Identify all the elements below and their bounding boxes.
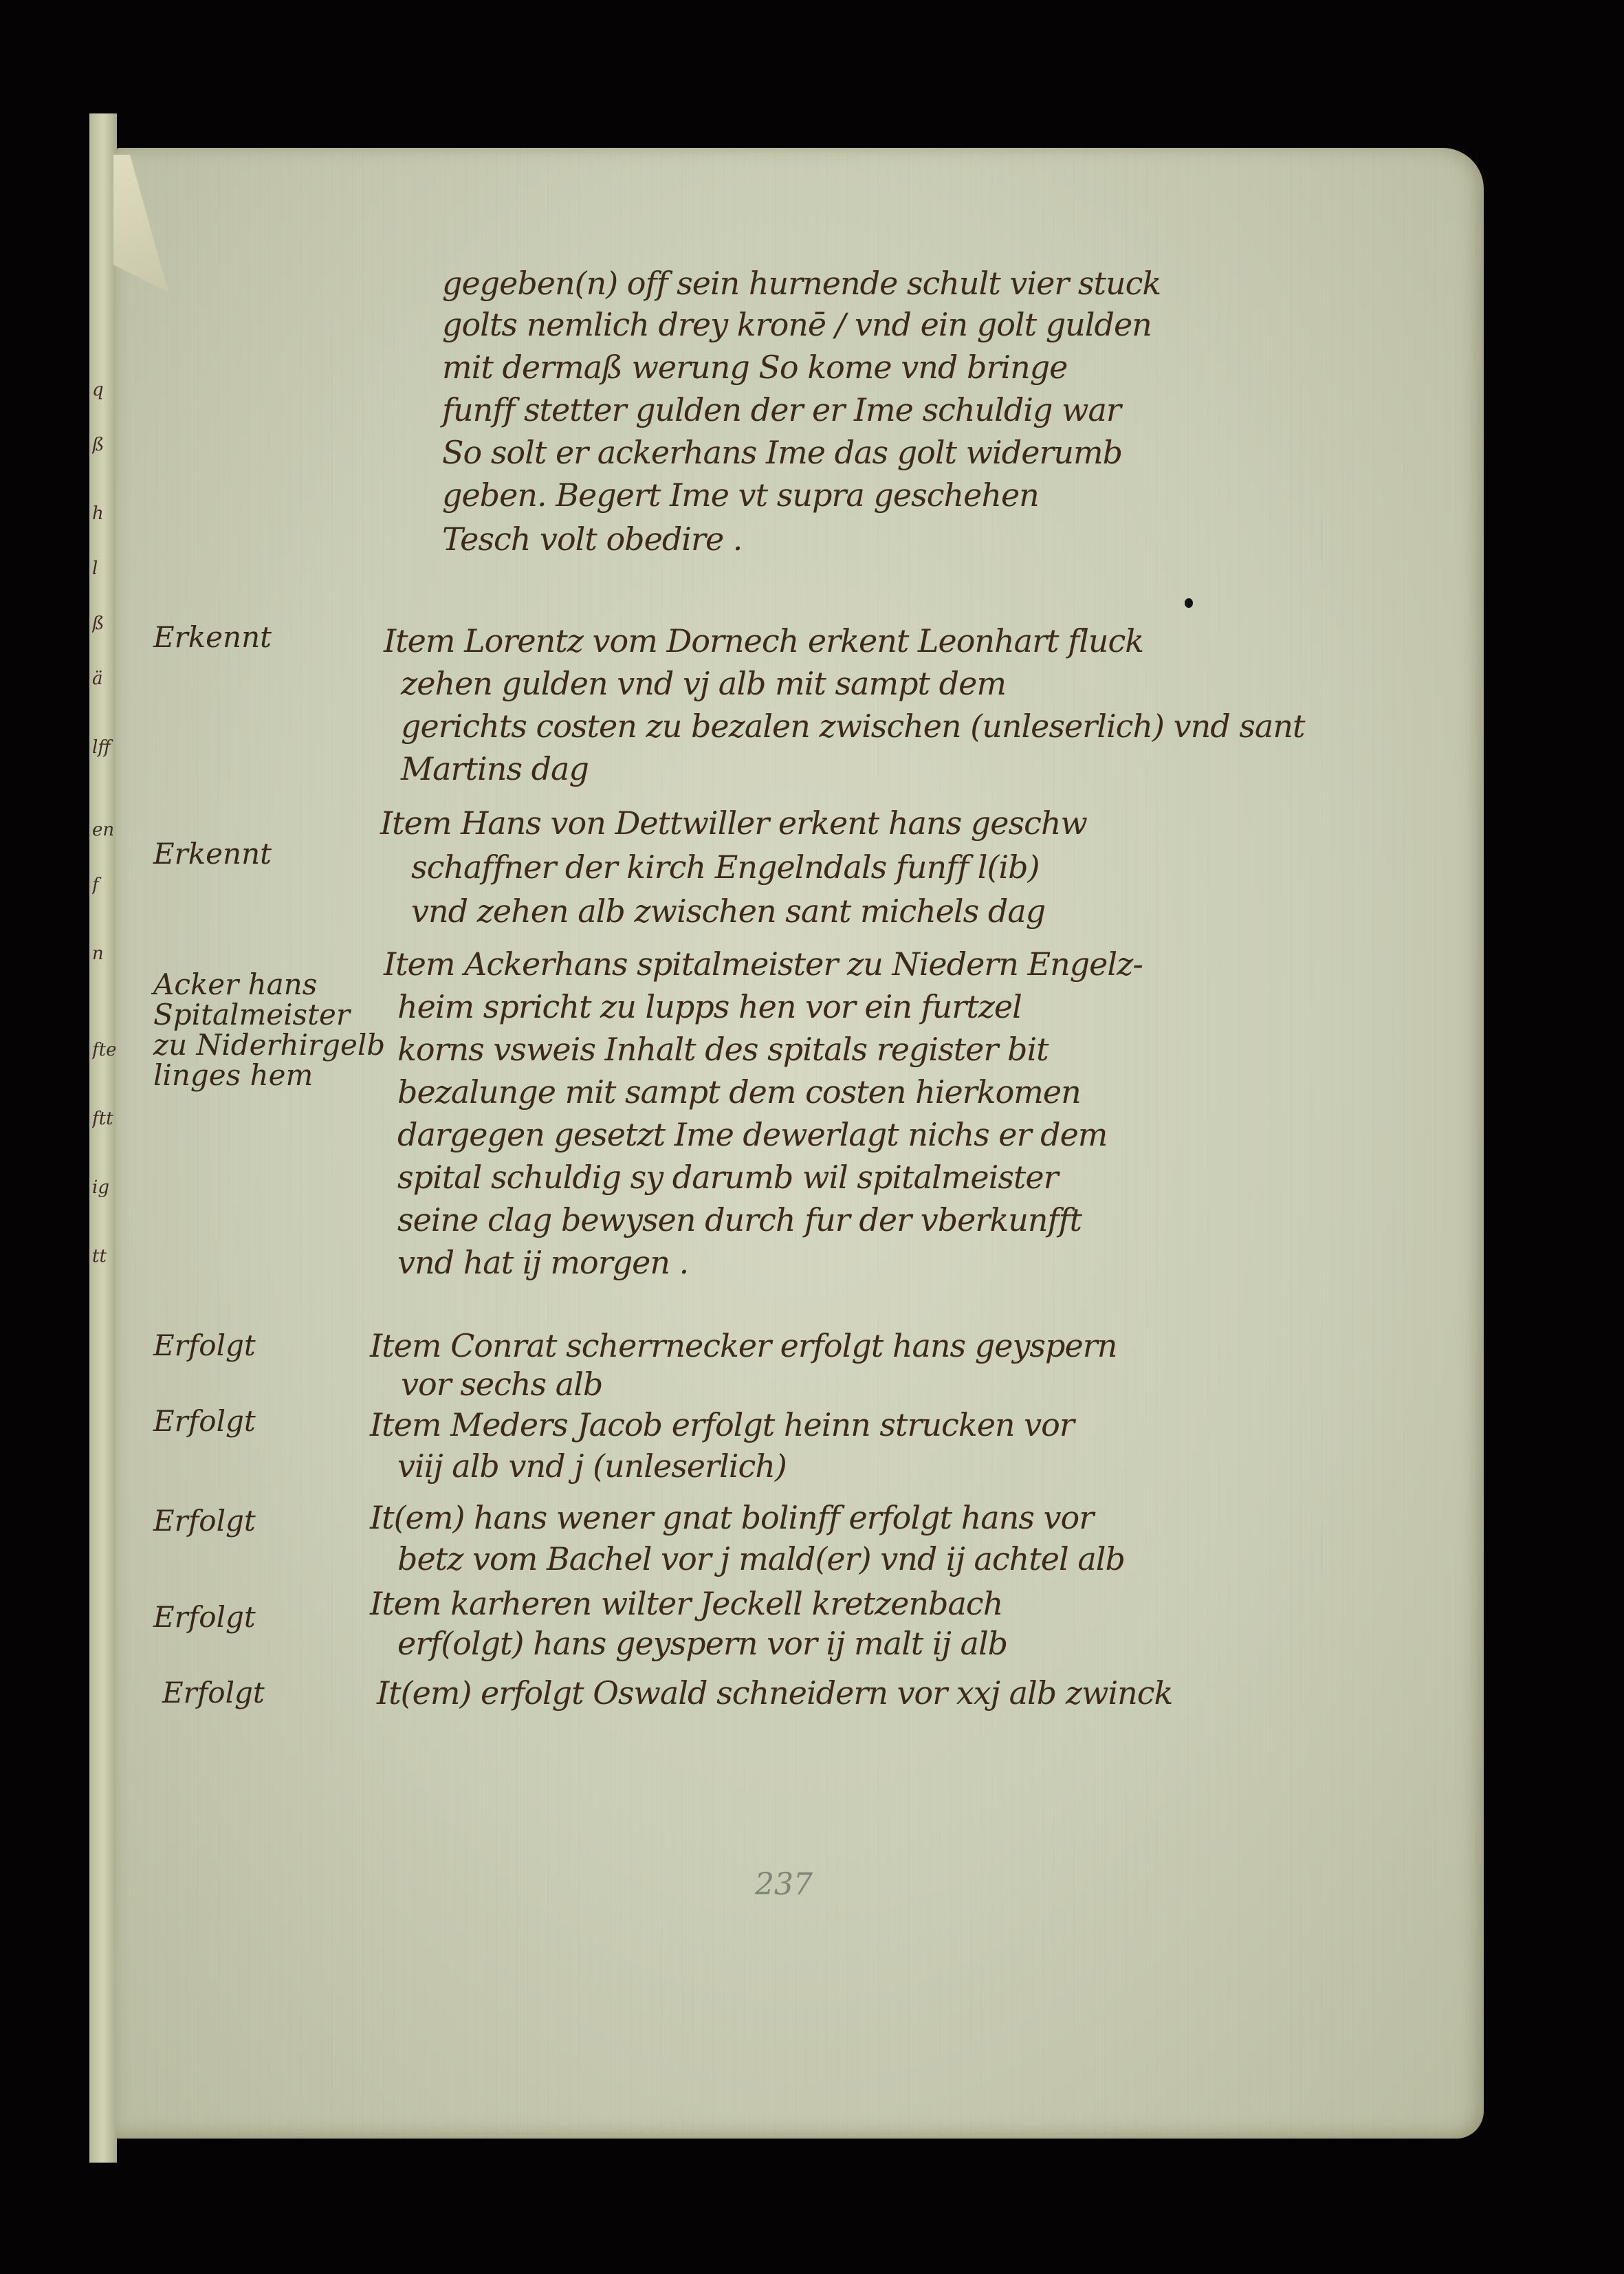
stub-fragment: f <box>92 870 116 900</box>
manuscript-page: gegeben(n) off sein hurnende schult vier… <box>116 148 1484 2139</box>
stub-fragment: ä <box>92 664 116 694</box>
text-line: Item karheren wilter Jeckell kretzenbach <box>370 1585 1002 1622</box>
stub-fragment: ften <box>92 1035 116 1065</box>
margin-note: Erfolgt <box>153 1331 256 1361</box>
text-line: gerichts costen zu bezalen zwischen (unl… <box>401 708 1304 745</box>
text-line: seine clag bewysen durch fur der vberkun… <box>397 1201 1082 1238</box>
text-line: schaffner der kirch Engelndals funff l(i… <box>411 849 1040 886</box>
text-line: It(em) erfolgt Oswald schneidern vor xxj… <box>377 1674 1172 1712</box>
margin-note: Acker hans Spitalmeister zu Niderhirgelb… <box>153 970 385 1091</box>
binding-stub: q ß h l ß ä lff en f n ften ftt ig tt <box>89 113 117 2163</box>
ink-blot <box>1185 598 1193 608</box>
text-line: zehen gulden vnd vj alb mit sampt dem <box>401 665 1006 702</box>
stub-fragment: h <box>92 499 116 529</box>
text-line: heim spricht zu lupps hen vor ein furtze… <box>397 988 1022 1025</box>
text-line: vnd zehen alb zwischen sant michels dag <box>411 893 1045 930</box>
stub-fragment: q <box>92 375 116 405</box>
stub-fragment: ftt <box>92 1104 116 1134</box>
margin-note: Erfolgt <box>153 1506 256 1536</box>
text-line: betz vom Bachel vor j mald(er) vnd ij ac… <box>397 1540 1125 1577</box>
text-line: bezalunge mit sampt dem costen hierkomen <box>397 1073 1081 1111</box>
stub-fragment: n <box>92 939 116 969</box>
text-line: Martins dag <box>401 750 589 787</box>
stub-fragment: tt <box>92 1241 116 1271</box>
text-line: Item Conrat scherrnecker erfolgt hans ge… <box>370 1327 1117 1364</box>
text-line: vor sechs alb <box>401 1366 602 1403</box>
text-line: golts nemlich drey kronē / vnd ein golt … <box>442 306 1152 343</box>
text-line: erf(olgt) hans geyspern vor ij malt ij a… <box>397 1625 1007 1662</box>
text-line: funff stetter gulden der er Ime schuldig… <box>442 391 1121 428</box>
margin-note: Erfolgt <box>153 1602 256 1632</box>
margin-note: Erfolgt <box>153 1406 256 1436</box>
stub-fragment: ig <box>92 1172 116 1203</box>
text-line: vnd hat ij morgen . <box>397 1244 688 1281</box>
text-line: geben. Begert Ime vt supra geschehen <box>442 477 1039 514</box>
text-line: dargegen gesetzt Ime dewerlagt nichs er … <box>397 1116 1107 1153</box>
stub-fragment: lff <box>92 732 116 763</box>
text-line: Tesch volt obedire . <box>442 521 742 558</box>
folio-number: 237 <box>755 1867 813 1902</box>
text-line: korns vsweis Inhalt des spitals register… <box>397 1031 1049 1068</box>
text-line: So solt er ackerhans Ime das golt wideru… <box>442 434 1122 471</box>
stub-fragment: ß <box>92 430 116 460</box>
text-line: Item Ackerhans spitalmeister zu Niedern … <box>384 945 1143 983</box>
text-line: Item Lorentz vom Dornech erkent Leonhart… <box>384 622 1143 659</box>
margin-note: Erkennt <box>153 622 272 653</box>
text-line: Item Meders Jacob erfolgt heinn strucken… <box>370 1406 1074 1443</box>
stub-fragment: l <box>92 554 116 584</box>
margin-note: Erfolgt <box>162 1678 265 1708</box>
text-line: mit dermaß werung So kome vnd bringe <box>442 349 1067 386</box>
stub-fragment: en <box>92 815 116 845</box>
text-line: gegeben(n) off sein hurnende schult vier… <box>442 265 1161 302</box>
stub-fragment: ß <box>92 609 116 639</box>
text-line: viij alb vnd j (unleserlich) <box>397 1447 787 1485</box>
text-line: Item Hans von Dettwiller erkent hans ges… <box>380 805 1087 842</box>
text-line: It(em) hans wener gnat bolinff erfolgt h… <box>370 1499 1093 1536</box>
text-line: spital schuldig sy darumb wil spitalmeis… <box>397 1159 1058 1196</box>
margin-note: Erkennt <box>153 839 272 869</box>
